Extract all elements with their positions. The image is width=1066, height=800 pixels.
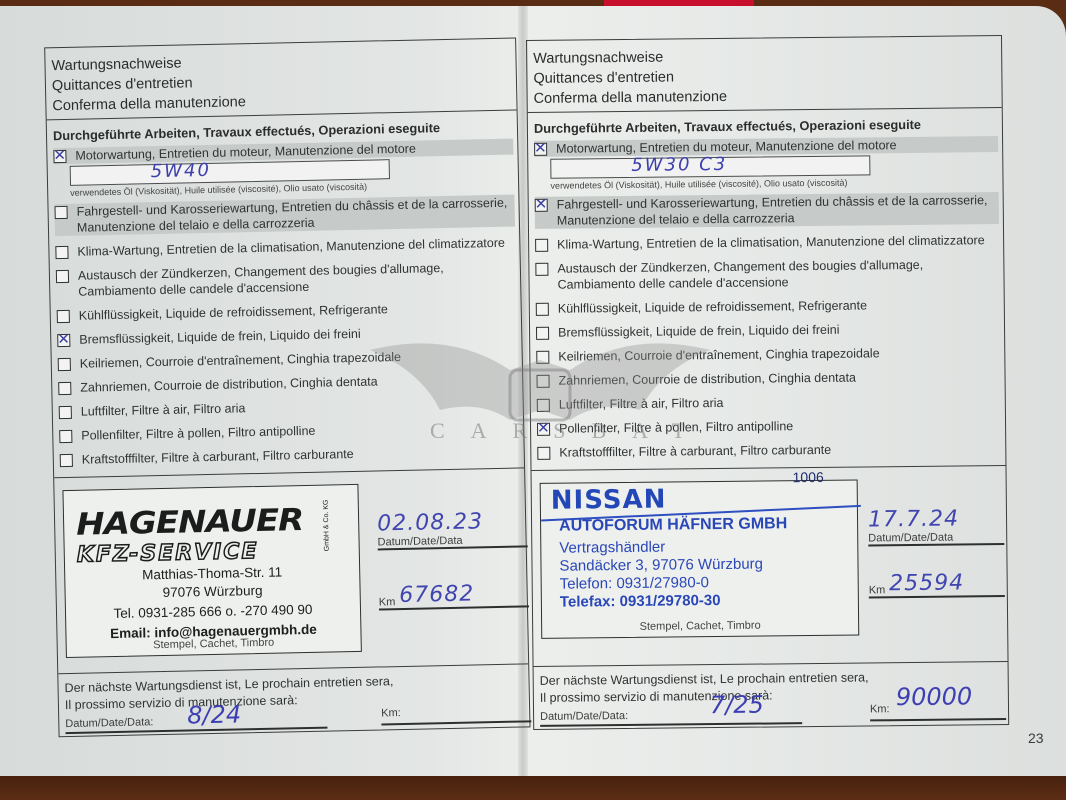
checked-checkbox[interactable]: [535, 199, 548, 212]
left-record-frame: Wartungsnachweise Quittances d'entretien…: [44, 37, 530, 737]
oil-viscosity-value: 5W30 C3: [631, 154, 727, 176]
service-date-field[interactable]: 02.08.23 Datum/Date/Data: [377, 508, 528, 550]
checklist-item: Kühlflüssigkeit, Liquide de refroidissem…: [536, 296, 1000, 317]
checklist-item-label: Klima-Wartung, Entretien de la climatisa…: [55, 235, 515, 261]
checkbox[interactable]: [536, 303, 549, 316]
checkbox[interactable]: [536, 351, 549, 364]
checklist-item: Klima-Wartung, Entretien de la climatisa…: [55, 235, 515, 261]
stamp-logo: HAGENAUER: [76, 502, 304, 543]
checkbox[interactable]: [60, 454, 73, 467]
checklist-item-label: Bremsflüssigkeit, Liquide de frein, Liqu…: [536, 320, 1000, 341]
checkbox[interactable]: [59, 430, 72, 443]
left-works-block: Durchgeführte Arbeiten, Travaux effectué…: [47, 110, 524, 478]
works-heading: Durchgeführte Arbeiten, Travaux effectué…: [53, 120, 440, 143]
service-km-field[interactable]: Km 25594: [869, 570, 1005, 598]
next-date-value[interactable]: 8/24: [187, 700, 241, 729]
checklist-item: Fahrgestell- und Karosseriewartung, Entr…: [535, 192, 999, 229]
checkbox[interactable]: [535, 263, 548, 276]
service-km-label: Km: [379, 596, 396, 608]
stamp-phone: Telefon: 0931/27980-0: [560, 574, 709, 593]
right-stamp-block: NISSAN 1006 AUTOFORUM HÄFNER GMBH Vertra…: [532, 466, 1008, 667]
stamp-caption: Stempel, Cachet, Timbro: [542, 619, 858, 634]
oil-viscosity-field[interactable]: 5W30 C3: [550, 155, 870, 178]
right-record-frame: Wartungsnachweise Quittances d'entretien…: [526, 35, 1009, 730]
service-date-value: 02.08.23: [377, 508, 527, 536]
checklist-item: Bremsflüssigkeit, Liquide de frein, Liqu…: [536, 320, 1000, 341]
checklist-item: Bremsflüssigkeit, Liquide de frein, Liqu…: [57, 323, 517, 349]
stamp-city: 97076 Würzburg: [65, 581, 359, 602]
checklist-item: Pollenfilter, Filtre à pollen, Filtro an…: [59, 419, 519, 445]
checklist-item: Motorwartung, Entretien du moteur, Manut…: [53, 139, 513, 165]
checklist-item-label: Kühlflüssigkeit, Liquide de refroidissem…: [57, 299, 517, 325]
stamp-role: Vertragshändler: [559, 539, 665, 557]
checkbox[interactable]: [536, 327, 549, 340]
checklist-item: Pollenfilter, Filtre à pollen, Filtro an…: [537, 416, 1001, 437]
next-date-label: Datum/Date/Data:: [540, 710, 628, 723]
checked-checkbox[interactable]: [57, 334, 70, 347]
checklist-item: Luftfilter, Filtre à air, Filtro aria: [59, 395, 519, 421]
checklist-item: Austausch der Zündkerzen, Changement des…: [535, 256, 999, 293]
checklist-item-label: Fahrgestell- und Karosseriewartung, Entr…: [535, 192, 999, 229]
checklist-item-label: Fahrgestell- und Karosseriewartung, Entr…: [54, 195, 515, 237]
checklist-item-label: Pollenfilter, Filtre à pollen, Filtro an…: [537, 416, 1001, 437]
checkbox[interactable]: [537, 399, 550, 412]
checkbox[interactable]: [537, 447, 550, 460]
checklist-item-label: Luftfilter, Filtre à air, Filtro aria: [537, 392, 1001, 413]
service-km-value: 67682: [399, 581, 475, 608]
checkbox[interactable]: [57, 310, 70, 323]
checklist-item-label: Zahnriemen, Courroie de distribution, Ci…: [58, 371, 518, 397]
right-title-block: Wartungsnachweise Quittances d'entretien…: [527, 36, 1002, 113]
service-date-value: 17.7.24: [868, 506, 1004, 532]
oil-viscosity-caption: verwendetes Öl (Viskosität), Huile utili…: [550, 178, 847, 191]
checked-checkbox[interactable]: [534, 143, 547, 156]
checklist-item: Zahnriemen, Courroie de distribution, Ci…: [536, 368, 1000, 389]
checklist-item-label: Pollenfilter, Filtre à pollen, Filtro an…: [59, 419, 519, 445]
checklist-item-label: Kühlflüssigkeit, Liquide de refroidissem…: [536, 296, 1000, 317]
checkbox[interactable]: [55, 246, 68, 259]
checklist-item: Austausch der Zündkerzen, Changement des…: [56, 259, 517, 301]
stamp-subtitle: KFZ-SERVICE: [77, 539, 259, 568]
left-stamp-block: HAGENAUER KFZ-SERVICE GmbH & Co. KG Matt…: [54, 468, 528, 674]
stamp-dealer-code: 1006: [793, 469, 824, 485]
checked-checkbox[interactable]: [53, 150, 66, 163]
stamp-logo: NISSAN: [551, 485, 667, 516]
right-next-service-block: Der nächste Wartungsdienst ist, Le proch…: [534, 662, 1009, 731]
checkbox[interactable]: [537, 375, 550, 388]
dealer-stamp: NISSAN 1006 AUTOFORUM HÄFNER GMBH Vertra…: [540, 480, 860, 639]
title-it: Conferma della manutenzione: [534, 84, 996, 109]
next-date-value[interactable]: 7/25: [710, 691, 764, 720]
checklist-item-label: Motorwartung, Entretien du moteur, Manut…: [534, 136, 998, 157]
service-km-label: Km: [869, 584, 886, 596]
left-service-record: Wartungsnachweise Quittances d'entretien…: [14, 29, 545, 748]
next-date-label: Datum/Date/Data:: [65, 716, 153, 730]
checkbox[interactable]: [58, 382, 71, 395]
works-heading: Durchgeführte Arbeiten, Travaux effectué…: [534, 117, 921, 136]
checklist-item: Klima-Wartung, Entretien de la climatisa…: [535, 232, 999, 253]
checklist-item-label: Keilriemen, Courroie d'entraînement, Cin…: [58, 347, 518, 373]
checklist-item-label: Luftfilter, Filtre à air, Filtro aria: [59, 395, 519, 421]
checklist-item: Zahnriemen, Courroie de distribution, Ci…: [58, 371, 518, 397]
checklist-item-label: Kraftstofffilter, Filtre à carburant, Fi…: [60, 443, 520, 469]
next-km-label: Km:: [870, 703, 890, 715]
checklist-item: Keilriemen, Courroie d'entraînement, Cin…: [536, 344, 1000, 365]
checkbox[interactable]: [56, 270, 69, 283]
checklist-item-label: Bremsflüssigkeit, Liquide de frein, Liqu…: [57, 323, 517, 349]
service-date-field[interactable]: 17.7.24 Datum/Date/Data: [868, 506, 1004, 546]
stamp-fax: Telefax: 0931/29780-30: [560, 592, 721, 611]
stamp-company: AUTOFORUM HÄFNER GMBH: [559, 515, 787, 535]
checklist-item-label: Keilriemen, Courroie d'entraînement, Cin…: [536, 344, 1000, 365]
next-date-underline: [540, 722, 802, 727]
checkbox[interactable]: [535, 239, 548, 252]
left-next-service-block: Der nächste Wartungsdienst ist, Le proch…: [58, 664, 529, 738]
checklist-item: Motorwartung, Entretien du moteur, Manut…: [534, 136, 998, 157]
checklist-item: Kühlflüssigkeit, Liquide de refroidissem…: [57, 299, 517, 325]
stamp-phone: Tel. 0931-285 666 o. -270 490 90: [66, 601, 360, 622]
page-number: 23: [1028, 730, 1044, 746]
checked-checkbox[interactable]: [537, 423, 550, 436]
next-km-underline[interactable]: [381, 720, 531, 725]
right-service-record: Wartungsnachweise Quittances d'entretien…: [526, 35, 1041, 740]
checklist-item-label: Kraftstofffilter, Filtre à carburant, Fi…: [537, 440, 1001, 461]
checklist-item-label: Austausch der Zündkerzen, Changement des…: [56, 259, 517, 301]
service-km-value: 25594: [889, 570, 964, 596]
checklist-item: Kraftstofffilter, Filtre à carburant, Fi…: [537, 440, 1001, 461]
stamp-address: Sandäcker 3, 97076 Würzburg: [559, 556, 763, 575]
checklist-item: Fahrgestell- und Karosseriewartung, Entr…: [54, 195, 515, 237]
checklist-item: Luftfilter, Filtre à air, Filtro aria: [537, 392, 1001, 413]
checklist-item-label: Motorwartung, Entretien du moteur, Manut…: [53, 139, 513, 165]
checkbox[interactable]: [54, 206, 67, 219]
next-km-underline: [870, 718, 1006, 721]
checklist-item-label: Austausch der Zündkerzen, Changement des…: [535, 256, 999, 293]
right-works-block: Durchgeführte Arbeiten, Travaux effectué…: [528, 108, 1006, 471]
workshop-stamp: HAGENAUER KFZ-SERVICE GmbH & Co. KG Matt…: [62, 484, 361, 658]
checklist-item: Kraftstofffilter, Filtre à carburant, Fi…: [60, 443, 520, 469]
checklist-item-label: Zahnriemen, Courroie de distribution, Ci…: [536, 368, 1000, 389]
checkbox[interactable]: [58, 358, 71, 371]
next-km-label: Km:: [381, 707, 401, 719]
checklist-item-label: Klima-Wartung, Entretien de la climatisa…: [535, 232, 999, 253]
checklist-item: Keilriemen, Courroie d'entraînement, Cin…: [58, 347, 518, 373]
left-title-block: Wartungsnachweise Quittances d'entretien…: [45, 39, 516, 121]
service-km-field[interactable]: Km 67682: [378, 580, 529, 610]
checkbox[interactable]: [59, 406, 72, 419]
next-km-value[interactable]: 90000: [896, 682, 973, 711]
stamp-legal: GmbH & Co. KG: [323, 499, 331, 551]
oil-viscosity-value: 5W40: [151, 160, 212, 182]
